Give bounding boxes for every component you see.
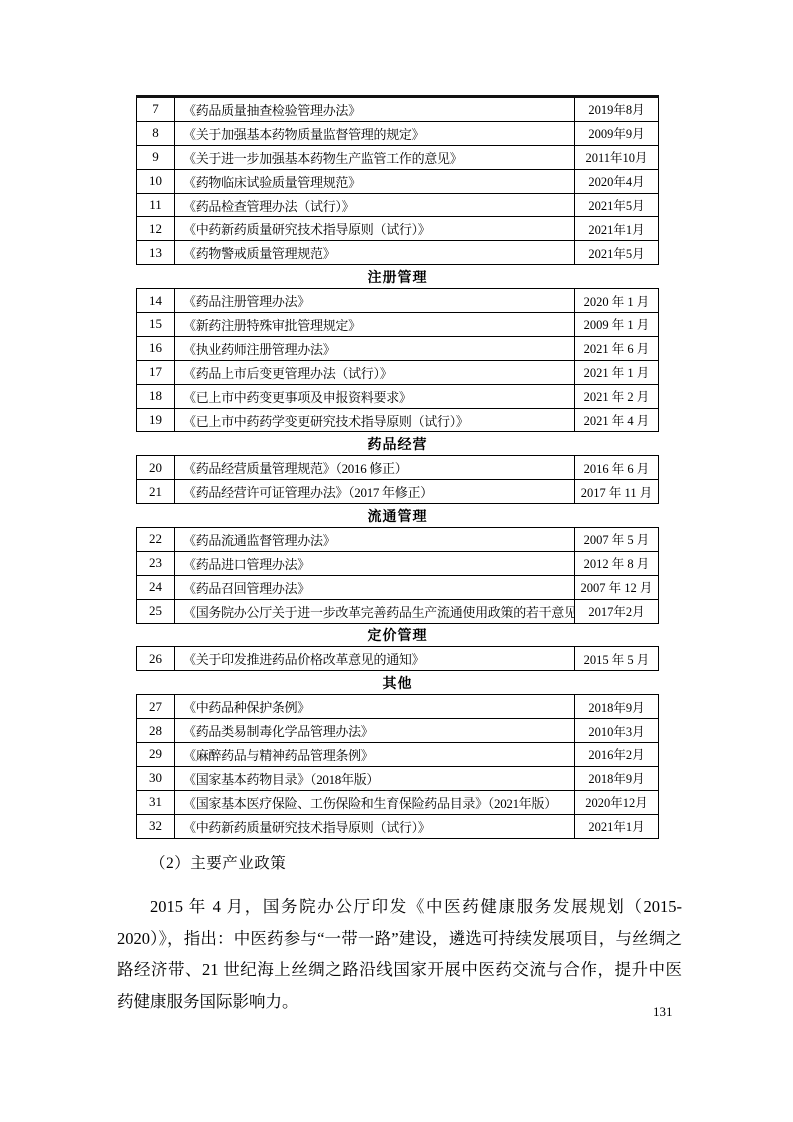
- row-date-cell: 2010年3月: [575, 719, 659, 743]
- row-date-cell: 2009 年 1 月: [575, 313, 659, 337]
- table-row: 22《药品流通监督管理办法》2007 年 5 月: [137, 528, 659, 552]
- table-row: 12《中药新药质量研究技术指导原则（试行）》2021年1月: [137, 217, 659, 241]
- row-number-cell: 24: [137, 575, 175, 599]
- row-title-cell: 《药品类易制毒化学品管理办法》: [175, 719, 575, 743]
- table-section-row: 流通管理: [137, 504, 659, 528]
- table-row: 9《关于进一步加强基本药物生产监管工作的意见》2011年10月: [137, 145, 659, 169]
- row-date-cell: 2021年1月: [575, 814, 659, 838]
- row-number-cell: 14: [137, 289, 175, 313]
- table-row: 26《关于印发推进药品价格改革意见的通知》2015 年 5 月: [137, 647, 659, 671]
- row-date-cell: 2011年10月: [575, 145, 659, 169]
- row-title-cell: 《执业药师注册管理办法》: [175, 336, 575, 360]
- row-title-cell: 《关于印发推进药品价格改革意见的通知》: [175, 647, 575, 671]
- row-title-cell: 《关于进一步加强基本药物生产监管工作的意见》: [175, 145, 575, 169]
- table-row: 17《药品上市后变更管理办法（试行）》2021 年 1 月: [137, 360, 659, 384]
- row-title-cell: 《药品检查管理办法（试行）》: [175, 193, 575, 217]
- row-title-cell: 《药物警戒质量管理规范》: [175, 241, 575, 265]
- row-number-cell: 12: [137, 217, 175, 241]
- row-date-cell: 2019年8月: [575, 97, 659, 122]
- row-number-cell: 8: [137, 121, 175, 145]
- row-number-cell: 9: [137, 145, 175, 169]
- row-number-cell: 26: [137, 647, 175, 671]
- document-page: 7《药品质量抽查检验管理办法》2019年8月8《关于加强基本药物质量监督管理的规…: [0, 0, 793, 1122]
- row-date-cell: 2018年9月: [575, 766, 659, 790]
- row-date-cell: 2021 年 4 月: [575, 408, 659, 432]
- row-number-cell: 15: [137, 313, 175, 337]
- row-number-cell: 29: [137, 743, 175, 767]
- body-paragraph: 2015 年 4 月，国务院办公厅印发《中医药健康服务发展规划（2015-202…: [117, 891, 682, 1017]
- table-section-row: 注册管理: [137, 265, 659, 289]
- row-date-cell: 2018年9月: [575, 695, 659, 719]
- table-row: 18《已上市中药变更事项及申报资料要求》2021 年 2 月: [137, 384, 659, 408]
- row-title-cell: 《国家基本医疗保险、工伤保险和生育保险药品目录》（2021年版）: [175, 790, 575, 814]
- table-section-row: 其他: [137, 671, 659, 695]
- row-number-cell: 23: [137, 551, 175, 575]
- row-title-cell: 《药品进口管理办法》: [175, 551, 575, 575]
- row-date-cell: 2020年12月: [575, 790, 659, 814]
- row-date-cell: 2007 年 12 月: [575, 575, 659, 599]
- row-number-cell: 11: [137, 193, 175, 217]
- table-row: 21《药品经营许可证管理办法》（2017 年修正）2017 年 11 月: [137, 480, 659, 504]
- policy-table-body: 7《药品质量抽查检验管理办法》2019年8月8《关于加强基本药物质量监督管理的规…: [137, 97, 659, 839]
- section-header: 其他: [137, 671, 659, 695]
- table-row: 15《新药注册特殊审批管理规定》2009 年 1 月: [137, 313, 659, 337]
- row-title-cell: 《麻醉药品与精神药品管理条例》: [175, 743, 575, 767]
- table-row: 25《国务院办公厅关于进一步改革完善药品生产流通使用政策的若干意见》2017年2…: [137, 599, 659, 623]
- row-number-cell: 18: [137, 384, 175, 408]
- table-row: 8《关于加强基本药物质量监督管理的规定》2009年9月: [137, 121, 659, 145]
- row-date-cell: 2020年4月: [575, 169, 659, 193]
- table-row: 16《执业药师注册管理办法》2021 年 6 月: [137, 336, 659, 360]
- row-title-cell: 《中药新药质量研究技术指导原则（试行）》: [175, 814, 575, 838]
- table-row: 7《药品质量抽查检验管理办法》2019年8月: [137, 97, 659, 122]
- row-date-cell: 2017年2月: [575, 599, 659, 623]
- row-number-cell: 25: [137, 599, 175, 623]
- table-row: 20《药品经营质量管理规范》（2016 修正）2016 年 6 月: [137, 456, 659, 480]
- row-title-cell: 《已上市中药药学变更研究技术指导原则（试行）》: [175, 408, 575, 432]
- table-row: 23《药品进口管理办法》2012 年 8 月: [137, 551, 659, 575]
- row-number-cell: 21: [137, 480, 175, 504]
- table-row: 29《麻醉药品与精神药品管理条例》2016年2月: [137, 743, 659, 767]
- row-title-cell: 《药品上市后变更管理办法（试行）》: [175, 360, 575, 384]
- row-number-cell: 16: [137, 336, 175, 360]
- subsection-heading: （2）主要产业政策: [118, 851, 683, 873]
- row-date-cell: 2009年9月: [575, 121, 659, 145]
- page-number: 131: [653, 1004, 673, 1020]
- table-row: 30《国家基本药物目录》（2018年版）2018年9月: [137, 766, 659, 790]
- row-title-cell: 《药品质量抽查检验管理办法》: [175, 97, 575, 122]
- row-number-cell: 22: [137, 528, 175, 552]
- row-date-cell: 2020 年 1 月: [575, 289, 659, 313]
- row-date-cell: 2021 年 2 月: [575, 384, 659, 408]
- row-title-cell: 《药物临床试验质量管理规范》: [175, 169, 575, 193]
- row-date-cell: 2015 年 5 月: [575, 647, 659, 671]
- table-row: 28《药品类易制毒化学品管理办法》2010年3月: [137, 719, 659, 743]
- row-number-cell: 28: [137, 719, 175, 743]
- section-header: 注册管理: [137, 265, 659, 289]
- row-date-cell: 2021 年 1 月: [575, 360, 659, 384]
- row-date-cell: 2021 年 6 月: [575, 336, 659, 360]
- row-number-cell: 19: [137, 408, 175, 432]
- section-header: 流通管理: [137, 504, 659, 528]
- row-title-cell: 《中药品种保护条例》: [175, 695, 575, 719]
- row-number-cell: 10: [137, 169, 175, 193]
- row-title-cell: 《药品经营许可证管理办法》（2017 年修正）: [175, 480, 575, 504]
- row-number-cell: 7: [137, 97, 175, 122]
- section-header: 定价管理: [137, 623, 659, 647]
- row-date-cell: 2017 年 11 月: [575, 480, 659, 504]
- table-row: 19《已上市中药药学变更研究技术指导原则（试行）》2021 年 4 月: [137, 408, 659, 432]
- row-title-cell: 《药品注册管理办法》: [175, 289, 575, 313]
- row-number-cell: 13: [137, 241, 175, 265]
- row-date-cell: 2021年5月: [575, 193, 659, 217]
- row-title-cell: 《已上市中药变更事项及申报资料要求》: [175, 384, 575, 408]
- section-header: 药品经营: [137, 432, 659, 456]
- table-row: 11《药品检查管理办法（试行）》2021年5月: [137, 193, 659, 217]
- row-number-cell: 17: [137, 360, 175, 384]
- row-title-cell: 《国务院办公厅关于进一步改革完善药品生产流通使用政策的若干意见》: [175, 599, 575, 623]
- table-row: 14《药品注册管理办法》2020 年 1 月: [137, 289, 659, 313]
- row-number-cell: 31: [137, 790, 175, 814]
- row-title-cell: 《药品召回管理办法》: [175, 575, 575, 599]
- table-row: 10《药物临床试验质量管理规范》2020年4月: [137, 169, 659, 193]
- row-number-cell: 30: [137, 766, 175, 790]
- table-section-row: 药品经营: [137, 432, 659, 456]
- table-row: 32《中药新药质量研究技术指导原则（试行）》2021年1月: [137, 814, 659, 838]
- row-number-cell: 20: [137, 456, 175, 480]
- table-row: 13《药物警戒质量管理规范》2021年5月: [137, 241, 659, 265]
- row-title-cell: 《中药新药质量研究技术指导原则（试行）》: [175, 217, 575, 241]
- row-title-cell: 《新药注册特殊审批管理规定》: [175, 313, 575, 337]
- table-row: 24《药品召回管理办法》2007 年 12 月: [137, 575, 659, 599]
- table-row: 27《中药品种保护条例》2018年9月: [137, 695, 659, 719]
- row-title-cell: 《国家基本药物目录》（2018年版）: [175, 766, 575, 790]
- table-section-row: 定价管理: [137, 623, 659, 647]
- policy-table: 7《药品质量抽查检验管理办法》2019年8月8《关于加强基本药物质量监督管理的规…: [136, 95, 659, 839]
- row-date-cell: 2021年1月: [575, 217, 659, 241]
- table-row: 31《国家基本医疗保险、工伤保险和生育保险药品目录》（2021年版）2020年1…: [137, 790, 659, 814]
- row-date-cell: 2007 年 5 月: [575, 528, 659, 552]
- row-title-cell: 《药品经营质量管理规范》（2016 修正）: [175, 456, 575, 480]
- row-title-cell: 《关于加强基本药物质量监督管理的规定》: [175, 121, 575, 145]
- row-date-cell: 2016 年 6 月: [575, 456, 659, 480]
- row-date-cell: 2016年2月: [575, 743, 659, 767]
- row-date-cell: 2012 年 8 月: [575, 551, 659, 575]
- row-date-cell: 2021年5月: [575, 241, 659, 265]
- row-number-cell: 32: [137, 814, 175, 838]
- row-title-cell: 《药品流通监督管理办法》: [175, 528, 575, 552]
- row-number-cell: 27: [137, 695, 175, 719]
